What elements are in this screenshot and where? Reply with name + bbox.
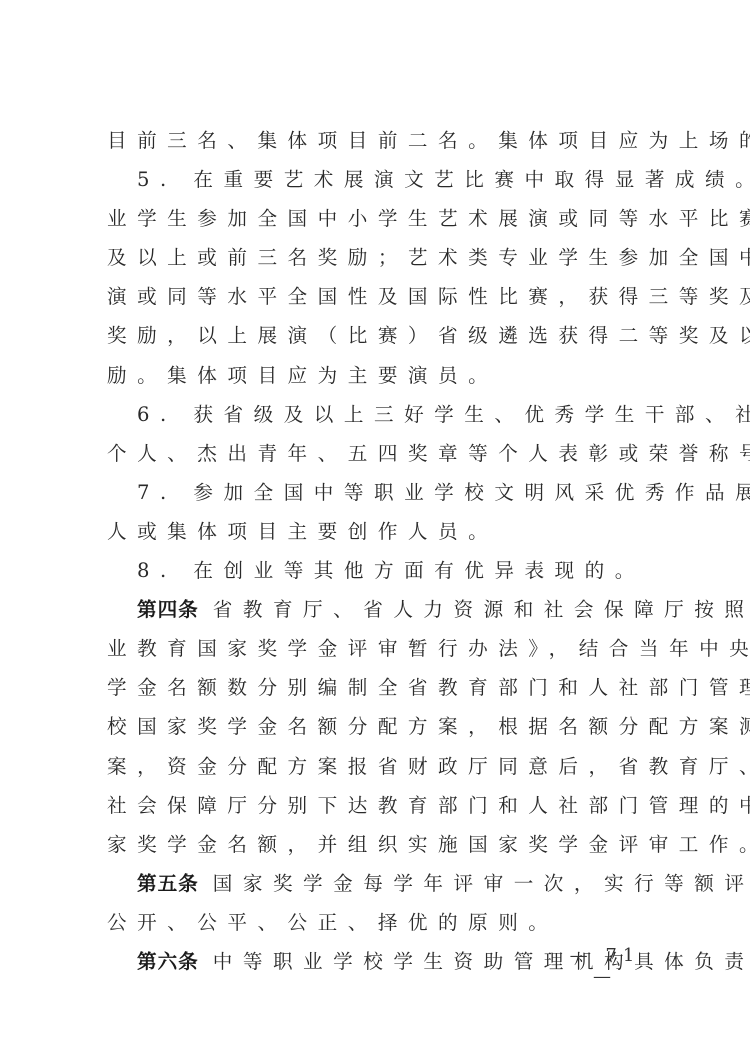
text-line-21: 公开、公平、公正、择优的原则。 [107,903,649,942]
article-5-line: 第五条国家奖学金每学年评审一次，实行等额评审，坚持 [107,864,649,903]
article-5-text: 国家奖学金每学年评审一次，实行等额评审，坚持 [213,872,750,895]
text-line-5: 演或同等水平全国性及国际性比赛，获得三等奖及以上或前三名 [107,277,649,316]
text-line-11: 人或集体项目主要创作人员。 [107,512,649,551]
text-line-4: 及以上或前三名奖励；艺术类专业学生参加全国中小学生艺术展 [107,238,649,277]
text-line-1: 目前三名、集体项目前二名。集体项目应为上场的主力队员。 [107,121,649,160]
text-line-10: 7. 参加全国中等职业学校文明风采优秀作品展示展演的个 [107,473,649,512]
text-line-3: 业学生参加全国中小学生艺术展演或同等水平比赛，获得三等奖 [107,199,649,238]
article-4-heading: 第四条 [137,598,199,621]
article-4-text: 省教育厅、省人力资源和社会保障厅按照《中等职 [213,598,750,621]
article-6-text: 中等职业学校学生资助管理机构具体负责组织国家 [213,950,750,973]
text-line-14: 业教育国家奖学金评审暂行办法》，结合当年中央下达的国家奖 [107,629,649,668]
article-6-heading: 第六条 [137,950,199,973]
text-line-15: 学金名额数分别编制全省教育部门和人社部门管理的中等职业学 [107,668,649,707]
article-4-line: 第四条省教育厅、省人力资源和社会保障厅按照《中等职 [107,590,649,629]
text-line-18: 社会保障厅分别下达教育部门和人社部门管理的中等职业学校国 [107,786,649,825]
article-5-heading: 第五条 [137,872,199,895]
text-line-19: 家奖学金名额，并组织实施国家奖学金评审工作。 [107,825,649,864]
text-line-9: 个人、杰出青年、五四奖章等个人表彰或荣誉称号。 [107,434,649,473]
text-line-12: 8. 在创业等其他方面有优异表现的。 [107,551,649,590]
text-line-16: 校国家奖学金名额分配方案，根据名额分配方案测算资金分配方 [107,707,649,746]
text-line-7: 励。集体项目应为主要演员。 [107,356,649,395]
text-line-6: 奖励，以上展演（比赛）省级遴选获得二等奖及以上或前二名奖 [107,316,649,355]
text-line-17: 案，资金分配方案报省财政厅同意后，省教育厅、省人力资源和 [107,747,649,786]
text-line-8: 6. 获省级及以上三好学生、优秀学生干部、社会实践先进 [107,395,649,434]
page-number: — 71 — [560,945,650,987]
document-body: 目前三名、集体项目前二名。集体项目应为上场的主力队员。 5. 在重要艺术展演文艺… [107,121,649,981]
text-line-2: 5. 在重要艺术展演文艺比赛中取得显著成绩。非艺术类专 [107,160,649,199]
